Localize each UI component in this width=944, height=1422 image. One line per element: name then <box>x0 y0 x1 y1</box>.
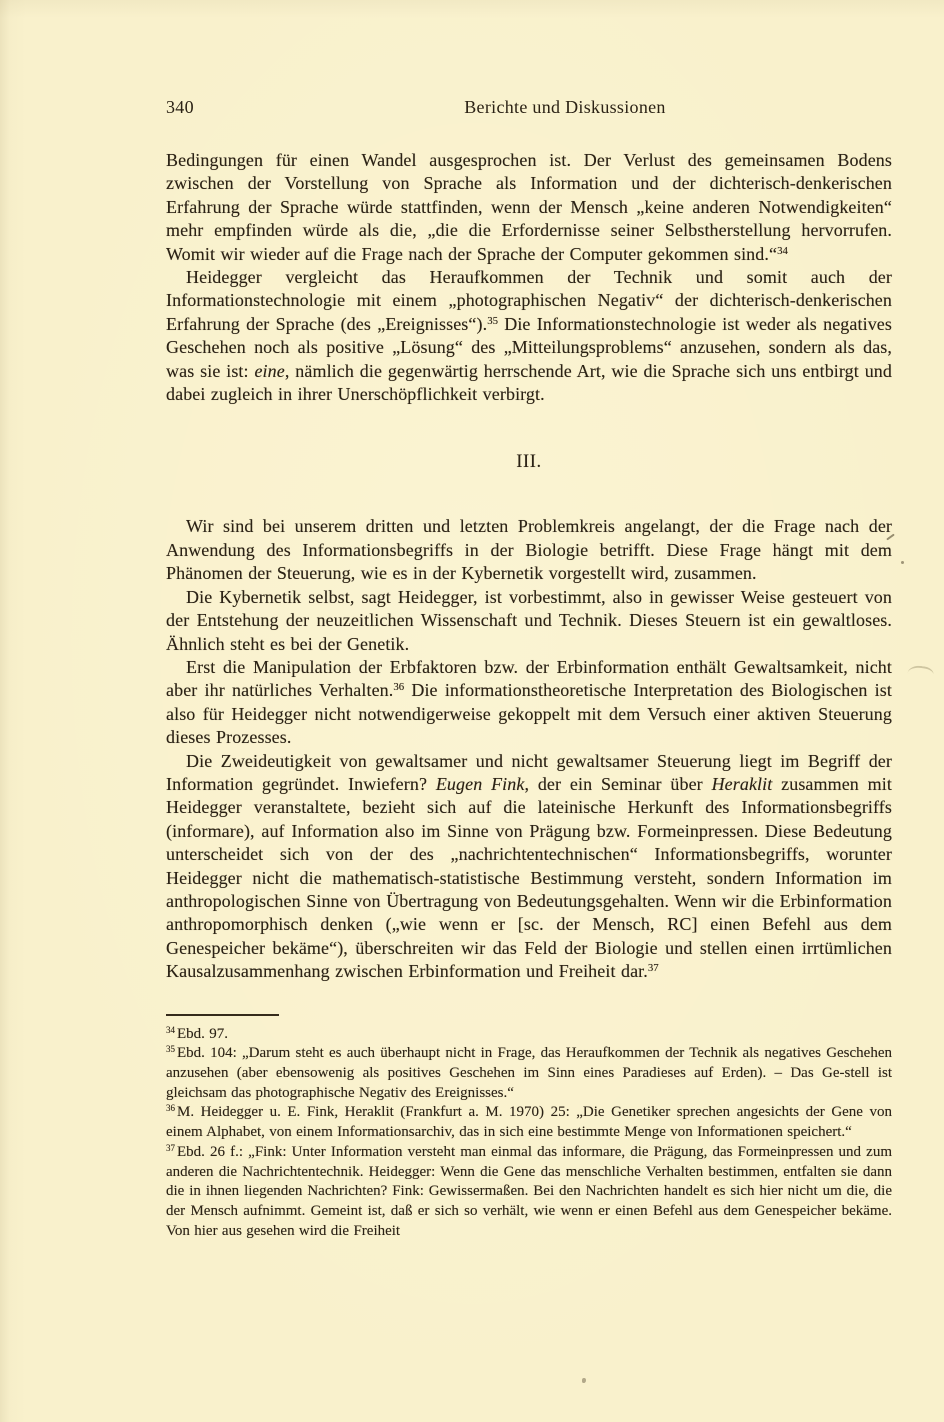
text-segment: Ebd. 26 f.: „Fink: Unter Information ver… <box>166 1144 892 1239</box>
scanned-book-page: 340 Berichte und Diskussionen Bedingunge… <box>0 0 944 1422</box>
footnote-number: 35 <box>166 1044 175 1054</box>
body-paragraph: Heidegger vergleicht das Heraufkommen de… <box>166 266 892 406</box>
scan-speck <box>908 664 935 677</box>
text-segment: Eugen Fink <box>436 774 525 794</box>
footnote: 37Ebd. 26 f.: „Fink: Unter Information v… <box>166 1143 892 1242</box>
body-paragraph: Wir sind bei unserem dritten und letzten… <box>166 515 892 585</box>
text-segment: Die Kybernetik selbst, sagt Heidegger, i… <box>166 587 892 654</box>
text-segment: zusammen mit Heidegger veranstaltete, be… <box>166 774 892 981</box>
footnote-marker: 37 <box>648 962 659 974</box>
body-paragraph: Erst die Manipulation der Erbfaktoren bz… <box>166 656 892 750</box>
scan-speck <box>582 1378 586 1383</box>
footnote-number: 37 <box>166 1143 175 1153</box>
body-paragraph: Die Zweideutigkeit von gewaltsamer und n… <box>166 750 892 984</box>
text-segment: , der ein Seminar über <box>524 774 711 794</box>
text-segment: Ebd. 97. <box>177 1026 228 1042</box>
footnote: 36M. Heidegger u. E. Fink, Heraklit (Fra… <box>166 1103 892 1142</box>
running-header: 340 Berichte und Diskussionen <box>166 96 892 118</box>
section-heading: III. <box>166 452 892 473</box>
scan-speck <box>901 561 904 564</box>
footnote-marker: 34 <box>777 245 788 257</box>
section-paragraphs: Wir sind bei unserem dritten und letzten… <box>166 515 892 983</box>
body-paragraph: Bedingungen für einen Wandel ausgesproch… <box>166 149 892 266</box>
footnotes: 34Ebd. 97.35Ebd. 104: „Darum steht es au… <box>166 1025 892 1242</box>
text-segment: Heraklit <box>712 774 773 794</box>
footnote-marker: 36 <box>393 681 404 693</box>
footnote-separator <box>166 1014 279 1016</box>
text-segment: eine <box>254 361 284 381</box>
footnote: 34Ebd. 97. <box>166 1025 892 1045</box>
footnote-number: 34 <box>166 1025 175 1035</box>
body-paragraph: Die Kybernetik selbst, sagt Heidegger, i… <box>166 586 892 656</box>
text-segment: Ebd. 104: „Darum steht es auch überhaupt… <box>166 1045 892 1100</box>
text-segment: Wir sind bei unserem dritten und letzten… <box>166 516 892 583</box>
text-segment: M. Heidegger u. E. Fink, Heraklit (Frank… <box>166 1104 892 1140</box>
footnote-number: 36 <box>166 1103 175 1113</box>
running-title: Berichte und Diskussionen <box>262 96 868 118</box>
footnote: 35Ebd. 104: „Darum steht es auch überhau… <box>166 1044 892 1103</box>
footnote-marker: 35 <box>487 315 498 327</box>
text-block: 340 Berichte und Diskussionen Bedingunge… <box>166 96 892 1241</box>
intro-paragraphs: Bedingungen für einen Wandel ausgesproch… <box>166 149 892 406</box>
